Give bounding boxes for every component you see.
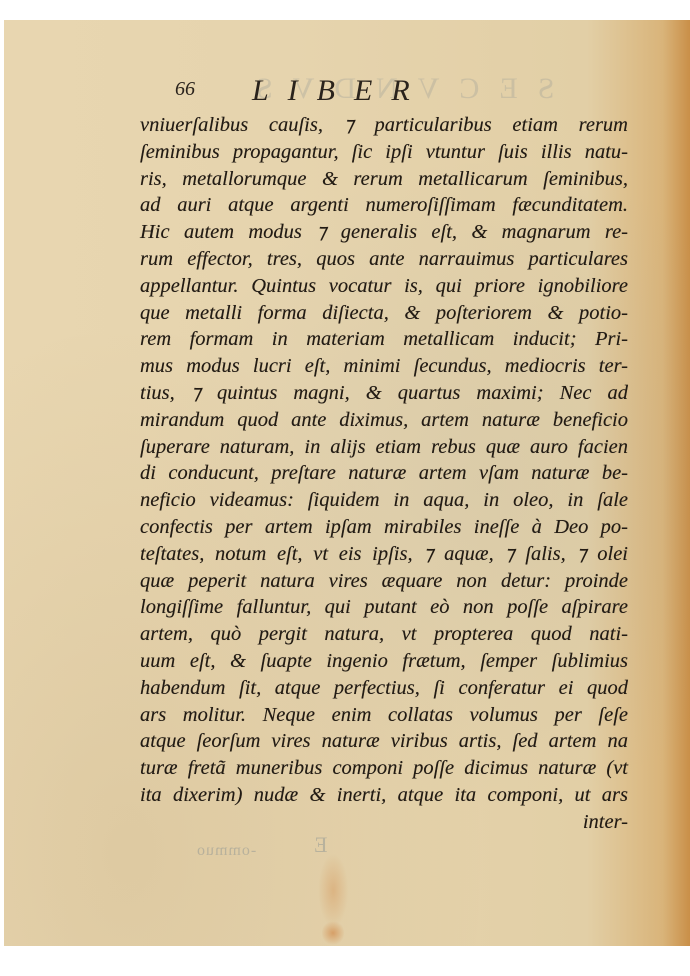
text-line: ad auri atque argenti numeroſiſſimam fæc… <box>140 192 628 219</box>
text-line: ſeminibus propagantur, ſic ipſi vtuntur … <box>140 139 628 166</box>
text-line: mus modus lucri eſt, minimi ſecundus, me… <box>140 353 628 380</box>
text-line: mirandum quod ante diximus, artem naturæ… <box>140 407 628 434</box>
text-line: di conducunt, preſtare naturæ artem vſam… <box>140 460 628 487</box>
text-line: rem formam in materiam metallicam induci… <box>140 326 628 353</box>
text-line: ſuperare naturam, in alijs etiam rebus q… <box>140 434 628 461</box>
page-number: 66 <box>175 78 195 101</box>
bleed-through-signature-text: -ommuo <box>196 842 256 860</box>
text-line: turæ fretã muneribus componi poſſe dicim… <box>140 755 628 782</box>
book-page: SECVNDVS 66 LIBER vniuerſalibus cauſis, … <box>4 20 690 946</box>
text-line: neficio videamus: ſiquidem in aqua, in o… <box>140 487 628 514</box>
text-line: longiſſime falluntur, qui putant eò non … <box>140 594 628 621</box>
bleed-through-signature-letter: E <box>314 832 327 858</box>
text-line: confectis per artem ipſam mirabiles ineſ… <box>140 514 628 541</box>
body-text: vniuerſalibus cauſis, ⁊ particularibus e… <box>140 112 628 836</box>
text-line: quæ peperit natura vires æquare non detu… <box>140 568 628 595</box>
text-line: ars molitur. Neque enim collatas volumus… <box>140 702 628 729</box>
text-line: tius, ⁊ quintus magni, & quartus maximi;… <box>140 380 628 407</box>
text-line: habendum ſit, atque perfectius, ſi confe… <box>140 675 628 702</box>
catchword: inter- <box>140 809 628 836</box>
text-line: Hic autem modus ⁊ generalis eſt, & magna… <box>140 219 628 246</box>
text-line: atque ſeorſum vires naturæ viribus artis… <box>140 728 628 755</box>
page-header: SECVNDVS 66 LIBER <box>4 78 690 108</box>
foxing-stain <box>322 920 344 946</box>
text-line: que metalli forma diſiecta, & poſteriore… <box>140 300 628 327</box>
text-line: ris, metallorumque & rerum metallicarum … <box>140 166 628 193</box>
text-line: uum eſt, & ſuapte ingenio frætum, ſemper… <box>140 648 628 675</box>
text-line: vniuerſalibus cauſis, ⁊ particularibus e… <box>140 112 628 139</box>
text-line: artem, quò pergit natura, vt propterea q… <box>140 621 628 648</box>
text-line: teſtates, notum eſt, vt eis ipſis, ⁊ aqu… <box>140 541 628 568</box>
text-line: ita dixerim) nudæ & inerti, atque ita co… <box>140 782 628 809</box>
text-line: appellantur. Quintus vocatur is, qui pri… <box>140 273 628 300</box>
text-line: rum effector, tres, quos ante narrauimus… <box>140 246 628 273</box>
running-head: LIBER <box>252 74 429 108</box>
